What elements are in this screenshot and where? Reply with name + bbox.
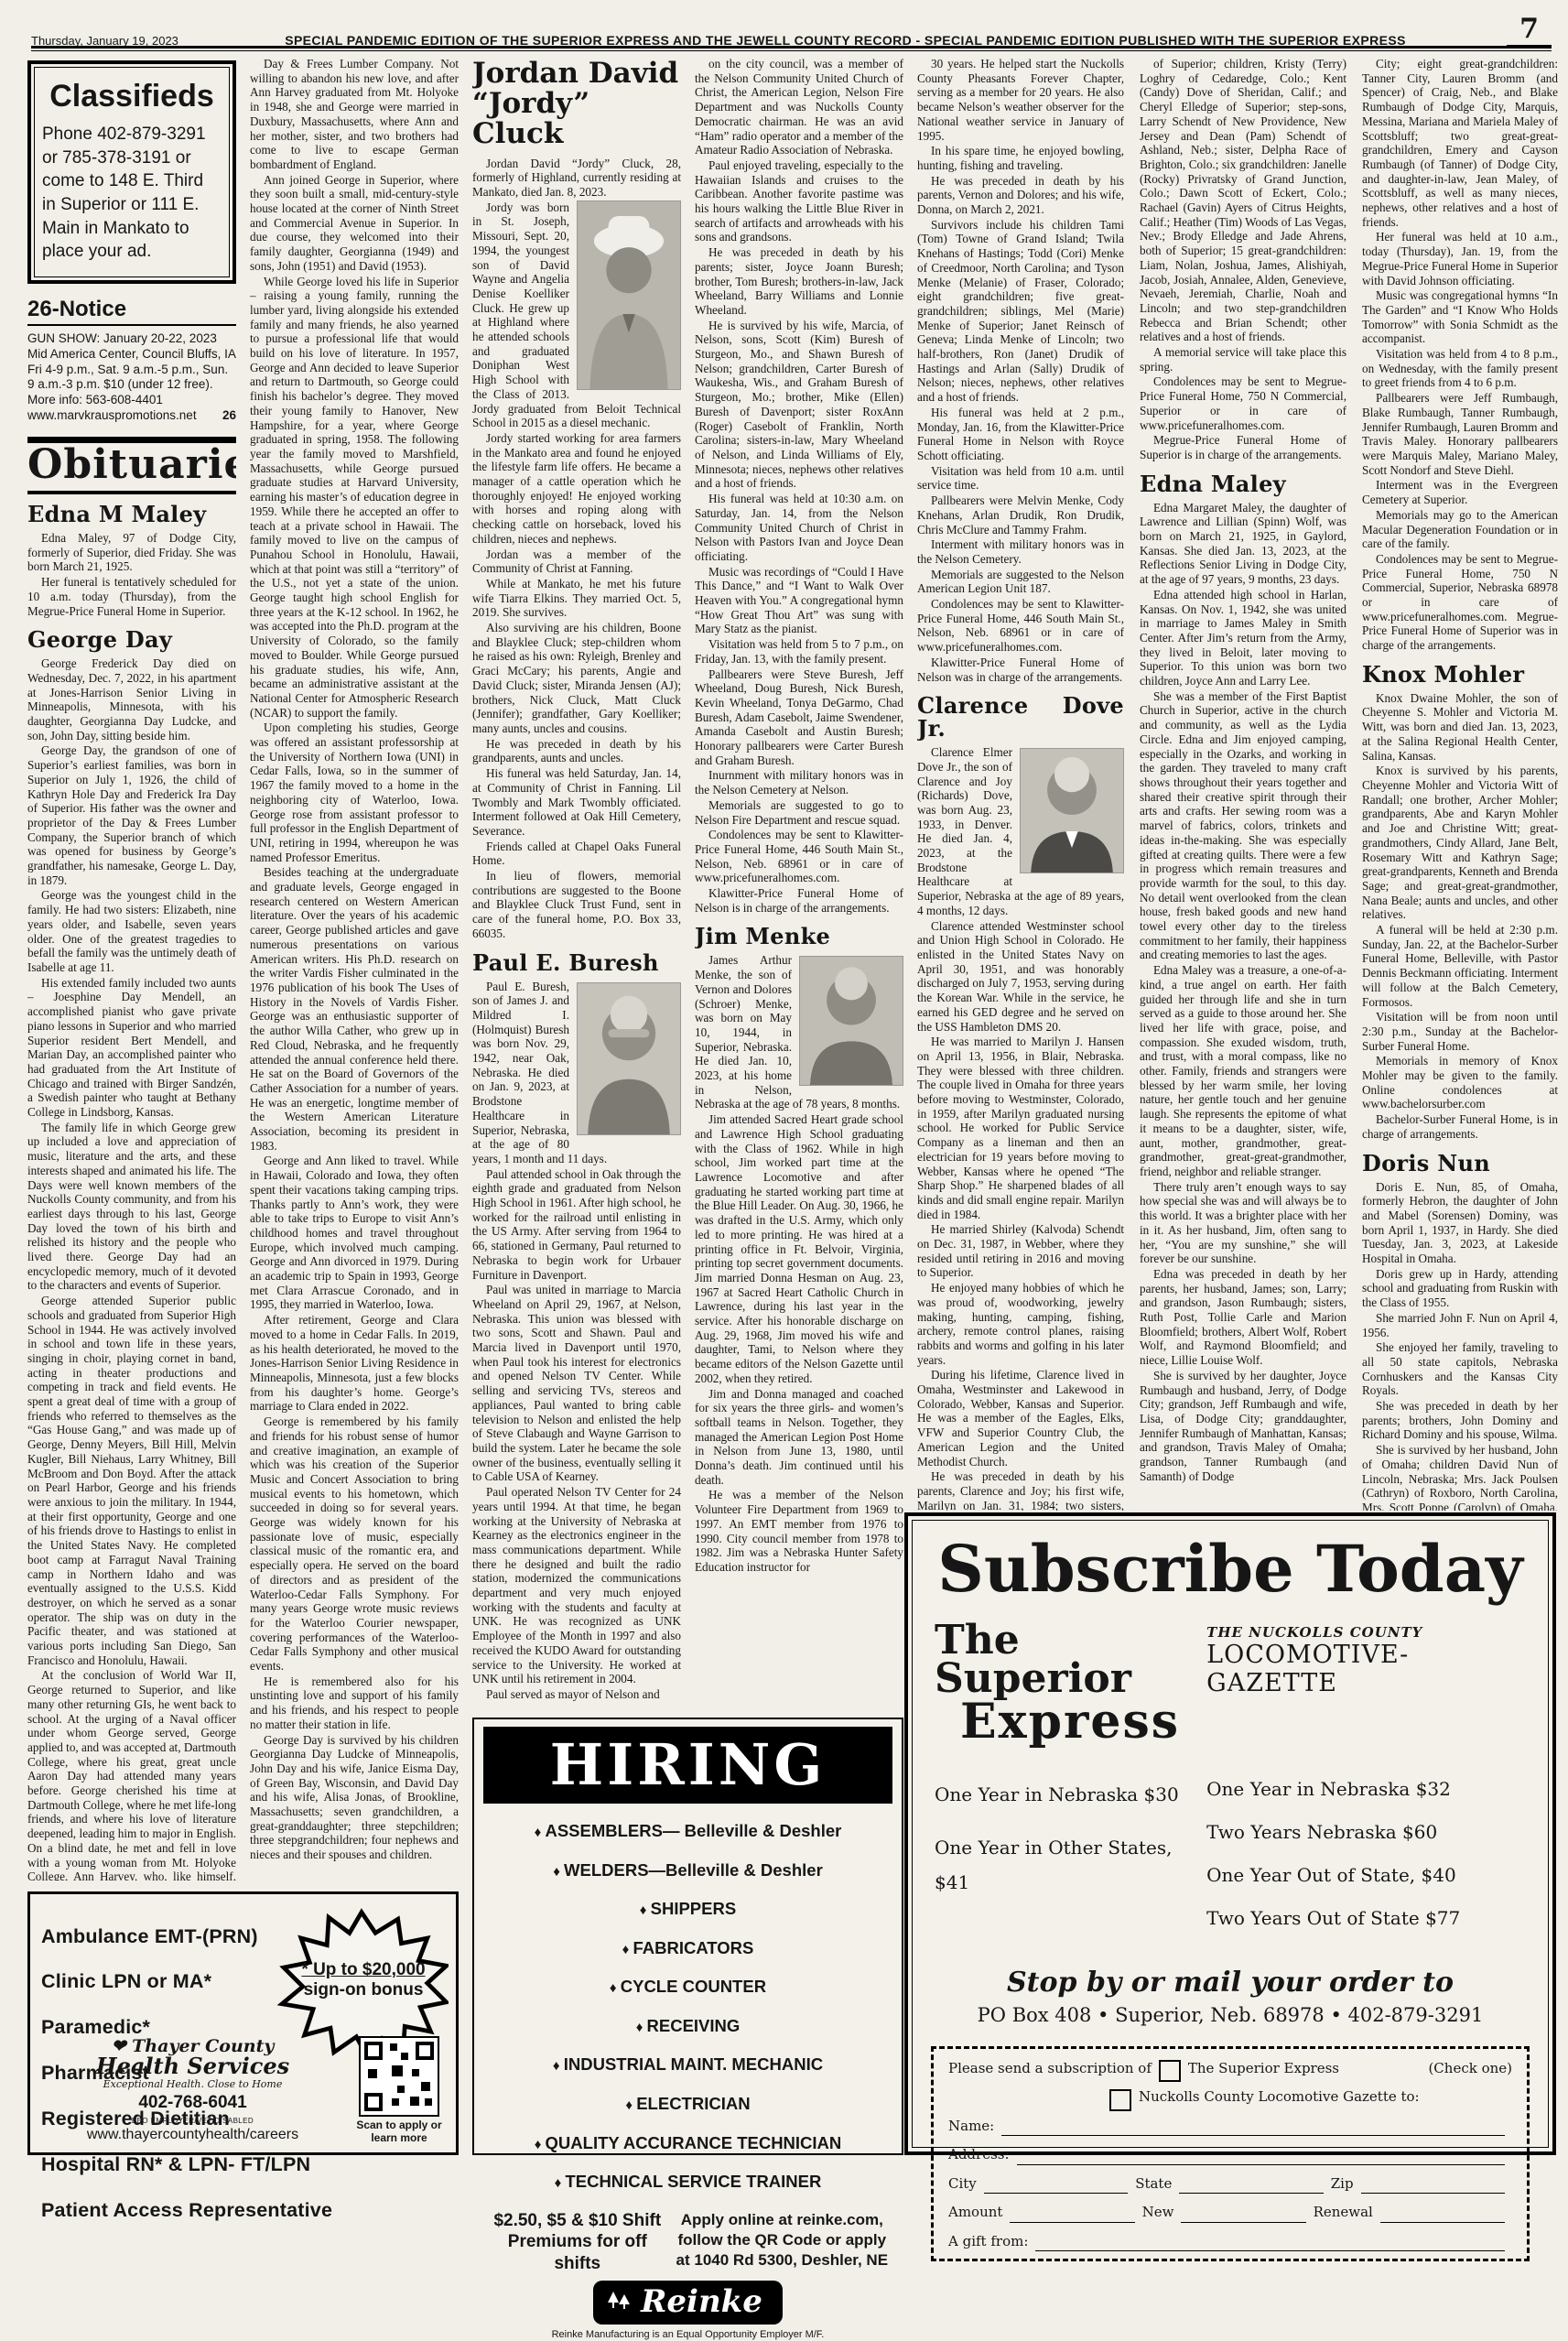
- paragraph: One Year in Nebraska $32: [1206, 1777, 1526, 1802]
- paragraph: Day & Frees Lumber Company. Not willing …: [250, 57, 459, 172]
- obit-edna-m-maley-body: Edna Maley, 97 of Dodge City, formerly o…: [27, 531, 236, 618]
- zip-label: Zip: [1331, 2173, 1354, 2195]
- classified-number: 26: [222, 408, 236, 424]
- city-label: City: [948, 2173, 977, 2195]
- paragraph: Pallbearers were Steve Buresh, Jeff Whee…: [695, 667, 903, 768]
- paragraph: She enjoyed her family, traveling to all…: [1362, 1340, 1558, 1398]
- paragraph: In lieu of flowers, memorial contributio…: [472, 869, 681, 941]
- column-1: Classifieds Phone 402-879-3291 or 785-37…: [27, 57, 236, 1880]
- obit-heading-jim-menke: Jim Menke: [695, 926, 903, 948]
- paragraph: She was a member of the First Baptist Ch…: [1140, 689, 1346, 962]
- paragraph: CYCLE COUNTER: [483, 1976, 892, 1998]
- express-checkbox: [1159, 2060, 1181, 2082]
- gazette-rates: One Year in Nebraska $32Two Years Nebras…: [1206, 1759, 1526, 1949]
- paragraph: His funeral was held at 10:30 a.m. on Sa…: [695, 492, 903, 564]
- paragraph: His extended family included two aunts –…: [27, 976, 236, 1120]
- renewal-label: Renewal: [1314, 2202, 1373, 2223]
- paragraph: WELDERS—Belleville & Deshler: [483, 1859, 892, 1881]
- name-field: [1001, 2120, 1505, 2136]
- paragraph: ELECTRICIAN: [483, 2093, 892, 2115]
- paragraph: Condolences may be sent to Megrue-Price …: [1140, 374, 1346, 432]
- paragraph: One Year Out of State, $40: [1206, 1863, 1526, 1888]
- paragraph: She was preceded in death by her parents…: [1362, 1399, 1558, 1442]
- paragraph: There truly aren’t enough ways to say ho…: [1140, 1180, 1346, 1266]
- qr-caption: Scan to apply or learn more: [355, 2119, 443, 2145]
- paragraph: TECHNICAL SERVICE TRAINER: [483, 2171, 892, 2193]
- qr-code-icon: [359, 2036, 439, 2117]
- column-4: on the city council, was a member of the…: [695, 57, 903, 1716]
- masthead: Thursday, January 19, 2023 SPECIAL PANDE…: [31, 13, 1552, 48]
- amount-label: Amount: [948, 2202, 1002, 2223]
- gift-label: A gift from:: [948, 2231, 1028, 2252]
- masthead-rule: [31, 46, 1552, 51]
- paragraph: George attended Superior public schools …: [27, 1294, 236, 1667]
- obit-heading-george-day: George Day: [27, 629, 236, 652]
- subscription-form: Please send a subscription of The Superi…: [931, 2046, 1530, 2262]
- superior-express-masthead: The Superior Express: [935, 1621, 1206, 1746]
- paragraph: Bachelor-Surber Funeral Home, is in char…: [1362, 1112, 1558, 1141]
- thayer-qr-block: Scan to apply or learn more: [355, 2036, 443, 2145]
- paragraph: Memorials may go to the American Macular…: [1362, 508, 1558, 551]
- new-field: [1181, 2207, 1305, 2223]
- paragraph: on the city council, was a member of the…: [695, 57, 903, 157]
- reinke-trees-icon: [606, 2290, 633, 2314]
- paragraph: Paul attended school in Oak through the …: [472, 1167, 681, 1283]
- paragraph: During his lifetime, Clarence lived in O…: [917, 1368, 1124, 1469]
- paragraph: QUALITY ACCURANCE TECHNICIAN: [483, 2132, 892, 2154]
- paragraph: George Frederick Day died on Wednesday, …: [27, 656, 236, 742]
- paragraph: Inurnment with military honors was in th…: [695, 768, 903, 797]
- paragraph: His funeral was held at 2 p.m., Monday, …: [917, 406, 1124, 463]
- obit-heading-doris-nun: Doris Nun: [1362, 1153, 1558, 1176]
- paragraph: Paul operated Nelson TV Center for 24 ye…: [472, 1485, 681, 1686]
- paragraph: He was preceded in death by his parents,…: [917, 1469, 1124, 1511]
- obit-jordy-lead: Jordan David “Jordy” Cluck, 28, formerly…: [472, 157, 681, 200]
- column-7: City; eight great-grandchildren: Tanner …: [1362, 57, 1558, 1511]
- paragraph: Pallbearers were Melvin Menke, Cody Kneh…: [917, 493, 1124, 536]
- newspaper-page: Thursday, January 19, 2023 SPECIAL PANDE…: [0, 0, 1568, 2161]
- paragraph: George Day, the grandson of one of Super…: [27, 743, 236, 887]
- paragraph: Visitation was held from 10 a.m. until s…: [917, 464, 1124, 493]
- paragraph: Her funeral is tentatively scheduled for…: [27, 575, 236, 618]
- obit-heading-clarence-dove: Clarence Dove Jr.: [917, 695, 1124, 741]
- address-label: Address:: [948, 2144, 1010, 2165]
- notice-rule: [27, 324, 236, 326]
- column-2: Day & Frees Lumber Company. Not willing …: [250, 57, 459, 1888]
- column-3: Jordan David“Jordy” Cluck Jordan David “…: [472, 57, 681, 1714]
- thayer-health-ad: Ambulance EMT-(PRN)Clinic LPN or MA*Para…: [27, 1891, 459, 2155]
- paragraph: Pallbearers were Jeff Rumbaugh, Blake Ru…: [1362, 391, 1558, 477]
- paragraph: Upon completing his studies, George was …: [250, 721, 459, 864]
- classifieds-box: Classifieds Phone 402-879-3291 or 785-37…: [27, 60, 236, 284]
- paragraph: Klawitter-Price Funeral Home of Nelson i…: [695, 886, 903, 915]
- paragraph: Edna Maley, 97 of Dodge City, formerly o…: [27, 531, 236, 574]
- obit-paul-buresh-col4: on the city council, was a member of the…: [695, 57, 903, 915]
- express-option-label: The Superior Express: [1188, 2058, 1339, 2079]
- paragraph: Edna was preceded in death by her parent…: [1140, 1267, 1346, 1368]
- amount-field: [1010, 2207, 1134, 2223]
- paragraph: Paul was united in marriage to Marcia Wh…: [472, 1283, 681, 1484]
- paragraph: Edna Maley was a treasure, a one-of-a-ki…: [1140, 963, 1346, 1179]
- obituaries-section-title: Obituaries: [27, 445, 236, 485]
- paragraph: Memorials are suggested to go to Nelson …: [695, 798, 903, 827]
- paragraph: Knox Dwaine Mohler, the son of Cheyenne …: [1362, 691, 1558, 764]
- reinke-eoe: Reinke Manufacturing is an Equal Opportu…: [483, 2328, 892, 2341]
- paragraph: INDUSTRIAL MAINT. MECHANIC: [483, 2054, 892, 2075]
- thayer-phone: 402-768-6041: [30, 2091, 355, 2116]
- obituaries-rule: [27, 491, 236, 494]
- obit-george-day-col2: Day & Frees Lumber Company. Not willing …: [250, 57, 459, 1862]
- paragraph: of Superior; children, Kristy (Terry) Lo…: [1140, 57, 1346, 344]
- paragraph: A memorial service will take place this …: [1140, 345, 1346, 374]
- paragraph: He was preceded in death by his parents;…: [695, 245, 903, 318]
- paragraph: One Year in Other States, $41: [935, 1830, 1206, 1900]
- paragraph: Interment was in the Evergreen Cemetery …: [1362, 478, 1558, 506]
- paragraph: Paul enjoyed traveling, especially to th…: [695, 158, 903, 244]
- paragraph: Paul served as mayor of Nelson and: [472, 1687, 681, 1702]
- hiring-banner: HIRING: [483, 1727, 892, 1804]
- paragraph: Visitation was held from 5 to 7 p.m., on…: [695, 637, 903, 666]
- check-one-note: (Check one): [1400, 2058, 1512, 2079]
- paragraph: While at Mankato, he met his future wife…: [472, 577, 681, 620]
- paragraph: Condolences may be sent to Klawitter-Pri…: [917, 597, 1124, 655]
- order-address: PO Box 408 • Superior, Neb. 68978 • 402-…: [931, 2003, 1530, 2028]
- paragraph: His funeral was held Saturday, Jan. 14, …: [472, 766, 681, 839]
- hiring-job-list: ASSEMBLERS— Belleville & DeshlerWELDERS—…: [483, 1820, 892, 2193]
- address-field: [1017, 2150, 1505, 2165]
- paragraph: She is survived by her husband, John of …: [1362, 1443, 1558, 1511]
- paragraph: He is remembered also for his unstinting…: [250, 1674, 459, 1732]
- paragraph: Klawitter-Price Funeral Home of Nelson w…: [917, 656, 1124, 684]
- paragraph: He enjoyed many hobbies of which he was …: [917, 1281, 1124, 1367]
- obit-doris-nun-body: Doris E. Nun, 85, of Omaha, formerly Heb…: [1362, 1180, 1558, 1511]
- classifieds-body: Phone 402-879-3291 or 785-378-3191 or co…: [42, 123, 222, 264]
- paragraph: Music was congregational hymns “In The G…: [1362, 288, 1558, 346]
- paragraph: He was preceded in death by his grandpar…: [472, 737, 681, 765]
- paragraph: Survivors include his children Tami (Tom…: [917, 218, 1124, 405]
- paragraph: Megrue-Price Funeral Home of Superior is…: [1140, 433, 1346, 461]
- obit-george-day-col1: George Frederick Day died on Wednesday, …: [27, 656, 236, 1880]
- gazette-option-label: Nuckolls County Locomotive Gazette to:: [1139, 2086, 1420, 2108]
- paragraph: Condolences may be sent to Megrue-Price …: [1362, 552, 1558, 653]
- obit-heading-jordy-cluck: Jordan David“Jordy” Cluck: [472, 59, 681, 149]
- paragraph: The family life in which George grew up …: [27, 1121, 236, 1293]
- paragraph: Jordan was a member of the Community of …: [472, 547, 681, 576]
- new-label: New: [1142, 2202, 1174, 2223]
- paul-buresh-photo: [577, 982, 681, 1135]
- paragraph: At the conclusion of World War II, Georg…: [27, 1668, 236, 1880]
- paragraph: Friends called at Chapel Oaks Funeral Ho…: [472, 840, 681, 868]
- paragraph: Jordy started working for area farmers i…: [472, 431, 681, 547]
- apply-instructions: Apply online at reinke.com, follow the Q…: [672, 2210, 892, 2271]
- paragraph: He was married to Marilyn J. Hansen on A…: [917, 1035, 1124, 1221]
- obit-clarence-dove-col6: of Superior; children, Kristy (Terry) Lo…: [1140, 57, 1346, 462]
- state-field: [1179, 2178, 1323, 2194]
- shift-premiums: $2.50, $5 & $10 Shift Premiums for off s…: [483, 2210, 672, 2275]
- paragraph: Doris grew up in Hardy, attending school…: [1362, 1267, 1558, 1310]
- paragraph: Condolences may be sent to Klawitter-Pri…: [695, 828, 903, 885]
- obit-edna-maley-col6: Edna Margaret Maley, the daughter of Law…: [1140, 501, 1346, 1484]
- zip-field: [1361, 2178, 1505, 2194]
- paragraph: Patient Access Representative: [41, 2197, 445, 2223]
- paragraph: One Year in Nebraska $30: [935, 1777, 1206, 1812]
- state-label: State: [1135, 2173, 1172, 2195]
- paragraph: He was preceded in death by his parents,…: [917, 174, 1124, 217]
- gift-field: [1035, 2236, 1505, 2251]
- order-instruction: Stop by or mail your order to: [931, 1967, 1530, 1998]
- paragraph: Two Years Nebraska $60: [1206, 1820, 1526, 1845]
- paragraph: ASSEMBLERS— Belleville & Deshler: [483, 1820, 892, 1842]
- page-number: 7: [1507, 13, 1552, 48]
- paragraph: Jim attended Sacred Heart grade school a…: [695, 1112, 903, 1385]
- column-5: 30 years. He helped start the Nuckolls C…: [917, 57, 1124, 1511]
- paragraph: A funeral will be held at 2:30 p.m. Sund…: [1362, 923, 1558, 1009]
- obit-heading-knox-mohler: Knox Mohler: [1362, 664, 1558, 687]
- paragraph: In his spare time, he enjoyed bowling, h…: [917, 144, 1124, 172]
- subscribe-ad: Subscribe Today The Superior Express THE…: [904, 1512, 1556, 2155]
- paragraph: Edna attended high school in Harlan, Kan…: [1140, 588, 1346, 688]
- paragraph: George was the youngest child in the fam…: [27, 888, 236, 974]
- paragraph: George and Ann liked to travel. While in…: [250, 1154, 459, 1312]
- classifieds-title: Classifieds: [42, 81, 222, 112]
- jim-menke-photo: [799, 956, 903, 1086]
- paragraph: She is survived by her daughter, Joyce R…: [1140, 1369, 1346, 1484]
- subscribe-headline: Subscribe Today: [931, 1537, 1530, 1601]
- locomotive-gazette-masthead: THE NUCKOLLS COUNTY LOCOMOTIVE-GAZETTE: [1206, 1621, 1526, 1746]
- paragraph: 30 years. He helped start the Nuckolls C…: [917, 57, 1124, 143]
- paragraph: Ann joined George in Superior, where the…: [250, 173, 459, 274]
- obit-edna-maley-col7: City; eight great-grandchildren: Tanner …: [1362, 57, 1558, 653]
- paragraph: FABRICATORS: [483, 1937, 892, 1959]
- paragraph: He was a member of the Nelson Volunteer …: [695, 1488, 903, 1574]
- paragraph: Hospital RN* & LPN- FT/LPN: [41, 2151, 445, 2177]
- paragraph: She married John F. Nun on April 4, 1956…: [1362, 1311, 1558, 1339]
- paragraph: Her funeral was held at 10 a.m., today (…: [1362, 230, 1558, 287]
- paragraph: Jordan David “Jordy” Cluck, 28, formerly…: [472, 157, 681, 200]
- paragraph: Two Years Out of State $77: [1206, 1906, 1526, 1931]
- paragraph: Music was recordings of “Could I Have Th…: [695, 565, 903, 637]
- renewal-field: [1380, 2207, 1505, 2223]
- obit-heading-edna-maley: Edna Maley: [1140, 473, 1346, 496]
- clarence-dove-photo: [1020, 748, 1124, 873]
- thayer-logo-block: ❤ Thayer County Health Services Exceptio…: [30, 2038, 355, 2145]
- reinke-logo: Reinke: [593, 2281, 783, 2325]
- notice-section-heading: 26-Notice: [27, 297, 236, 322]
- paragraph: George Day is survived by his children G…: [250, 1733, 459, 1862]
- paragraph: Visitation will be from noon until 2:30 …: [1362, 1010, 1558, 1053]
- bonus-text: * Up to $20,000 sign-on bonus: [295, 1960, 432, 2000]
- thayer-url: www.thayercountyhealth/careers: [30, 2126, 355, 2145]
- reinke-hiring-ad: HIRING ASSEMBLERS— Belleville & DeshlerW…: [472, 1718, 903, 2155]
- paragraph: Interment with military honors was in th…: [917, 537, 1124, 566]
- paragraph: Clarence attended Westminster school and…: [917, 919, 1124, 1035]
- obit-jim-menke-col5: 30 years. He helped start the Nuckolls C…: [917, 57, 1124, 684]
- paragraph: Also surviving are his children, Boone a…: [472, 621, 681, 736]
- thayer-tagline: Exceptional Health. Close to Home: [30, 2077, 355, 2091]
- paragraph: Knox is survived by his parents, Cheyenn…: [1362, 764, 1558, 922]
- paragraph: While George loved his life in Superior …: [250, 275, 459, 721]
- paragraph: George is remembered by his family and f…: [250, 1414, 459, 1674]
- paragraph: Memorials in memory of Knox Mohler may b…: [1362, 1054, 1558, 1111]
- gun-show-classified: GUN SHOW: January 20-22, 2023 Mid Americ…: [27, 331, 236, 424]
- paragraph: Jim and Donna managed and coached for si…: [695, 1387, 903, 1488]
- paragraph: He is survived by his wife, Marcia, of N…: [695, 319, 903, 491]
- form-intro: Please send a subscription of: [948, 2058, 1152, 2079]
- paragraph: Doris E. Nun, 85, of Omaha, formerly Heb…: [1362, 1180, 1558, 1266]
- obit-knox-mohler-body: Knox Dwaine Mohler, the son of Cheyenne …: [1362, 691, 1558, 1142]
- city-field: [984, 2178, 1128, 2194]
- express-rates: One Year in Nebraska $30One Year in Othe…: [935, 1759, 1206, 1949]
- gazette-checkbox: [1109, 2089, 1131, 2111]
- column-6: of Superior; children, Kristy (Terry) Lo…: [1140, 57, 1346, 1511]
- jordy-cluck-photo: [577, 201, 681, 390]
- paragraph: Memorials are suggested to the Nelson Am…: [917, 568, 1124, 596]
- paragraph: He married Shirley (Kalvoda) Schendt on …: [917, 1222, 1124, 1280]
- thayer-eeo: EEO EMPLOYER/VET/DISABLED: [30, 2116, 355, 2126]
- paragraph: Visitation was held from 4 to 8 p.m., on…: [1362, 347, 1558, 390]
- paragraph: Edna Margaret Maley, the daughter of Law…: [1140, 501, 1346, 587]
- paragraph: City; eight great-grandchildren: Tanner …: [1362, 57, 1558, 229]
- paragraph: After retirement, George and Clara moved…: [250, 1313, 459, 1414]
- name-label: Name:: [948, 2116, 994, 2137]
- obit-heading-paul-buresh: Paul E. Buresh: [472, 952, 681, 975]
- paragraph: Besides teaching at the undergraduate an…: [250, 865, 459, 1153]
- paragraph: RECEIVING: [483, 2015, 892, 2037]
- gun-show-text: GUN SHOW: January 20-22, 2023 Mid Americ…: [27, 331, 235, 422]
- paragraph: SHIPPERS: [483, 1898, 892, 1920]
- obit-heading-edna-m-maley: Edna M Maley: [27, 504, 236, 526]
